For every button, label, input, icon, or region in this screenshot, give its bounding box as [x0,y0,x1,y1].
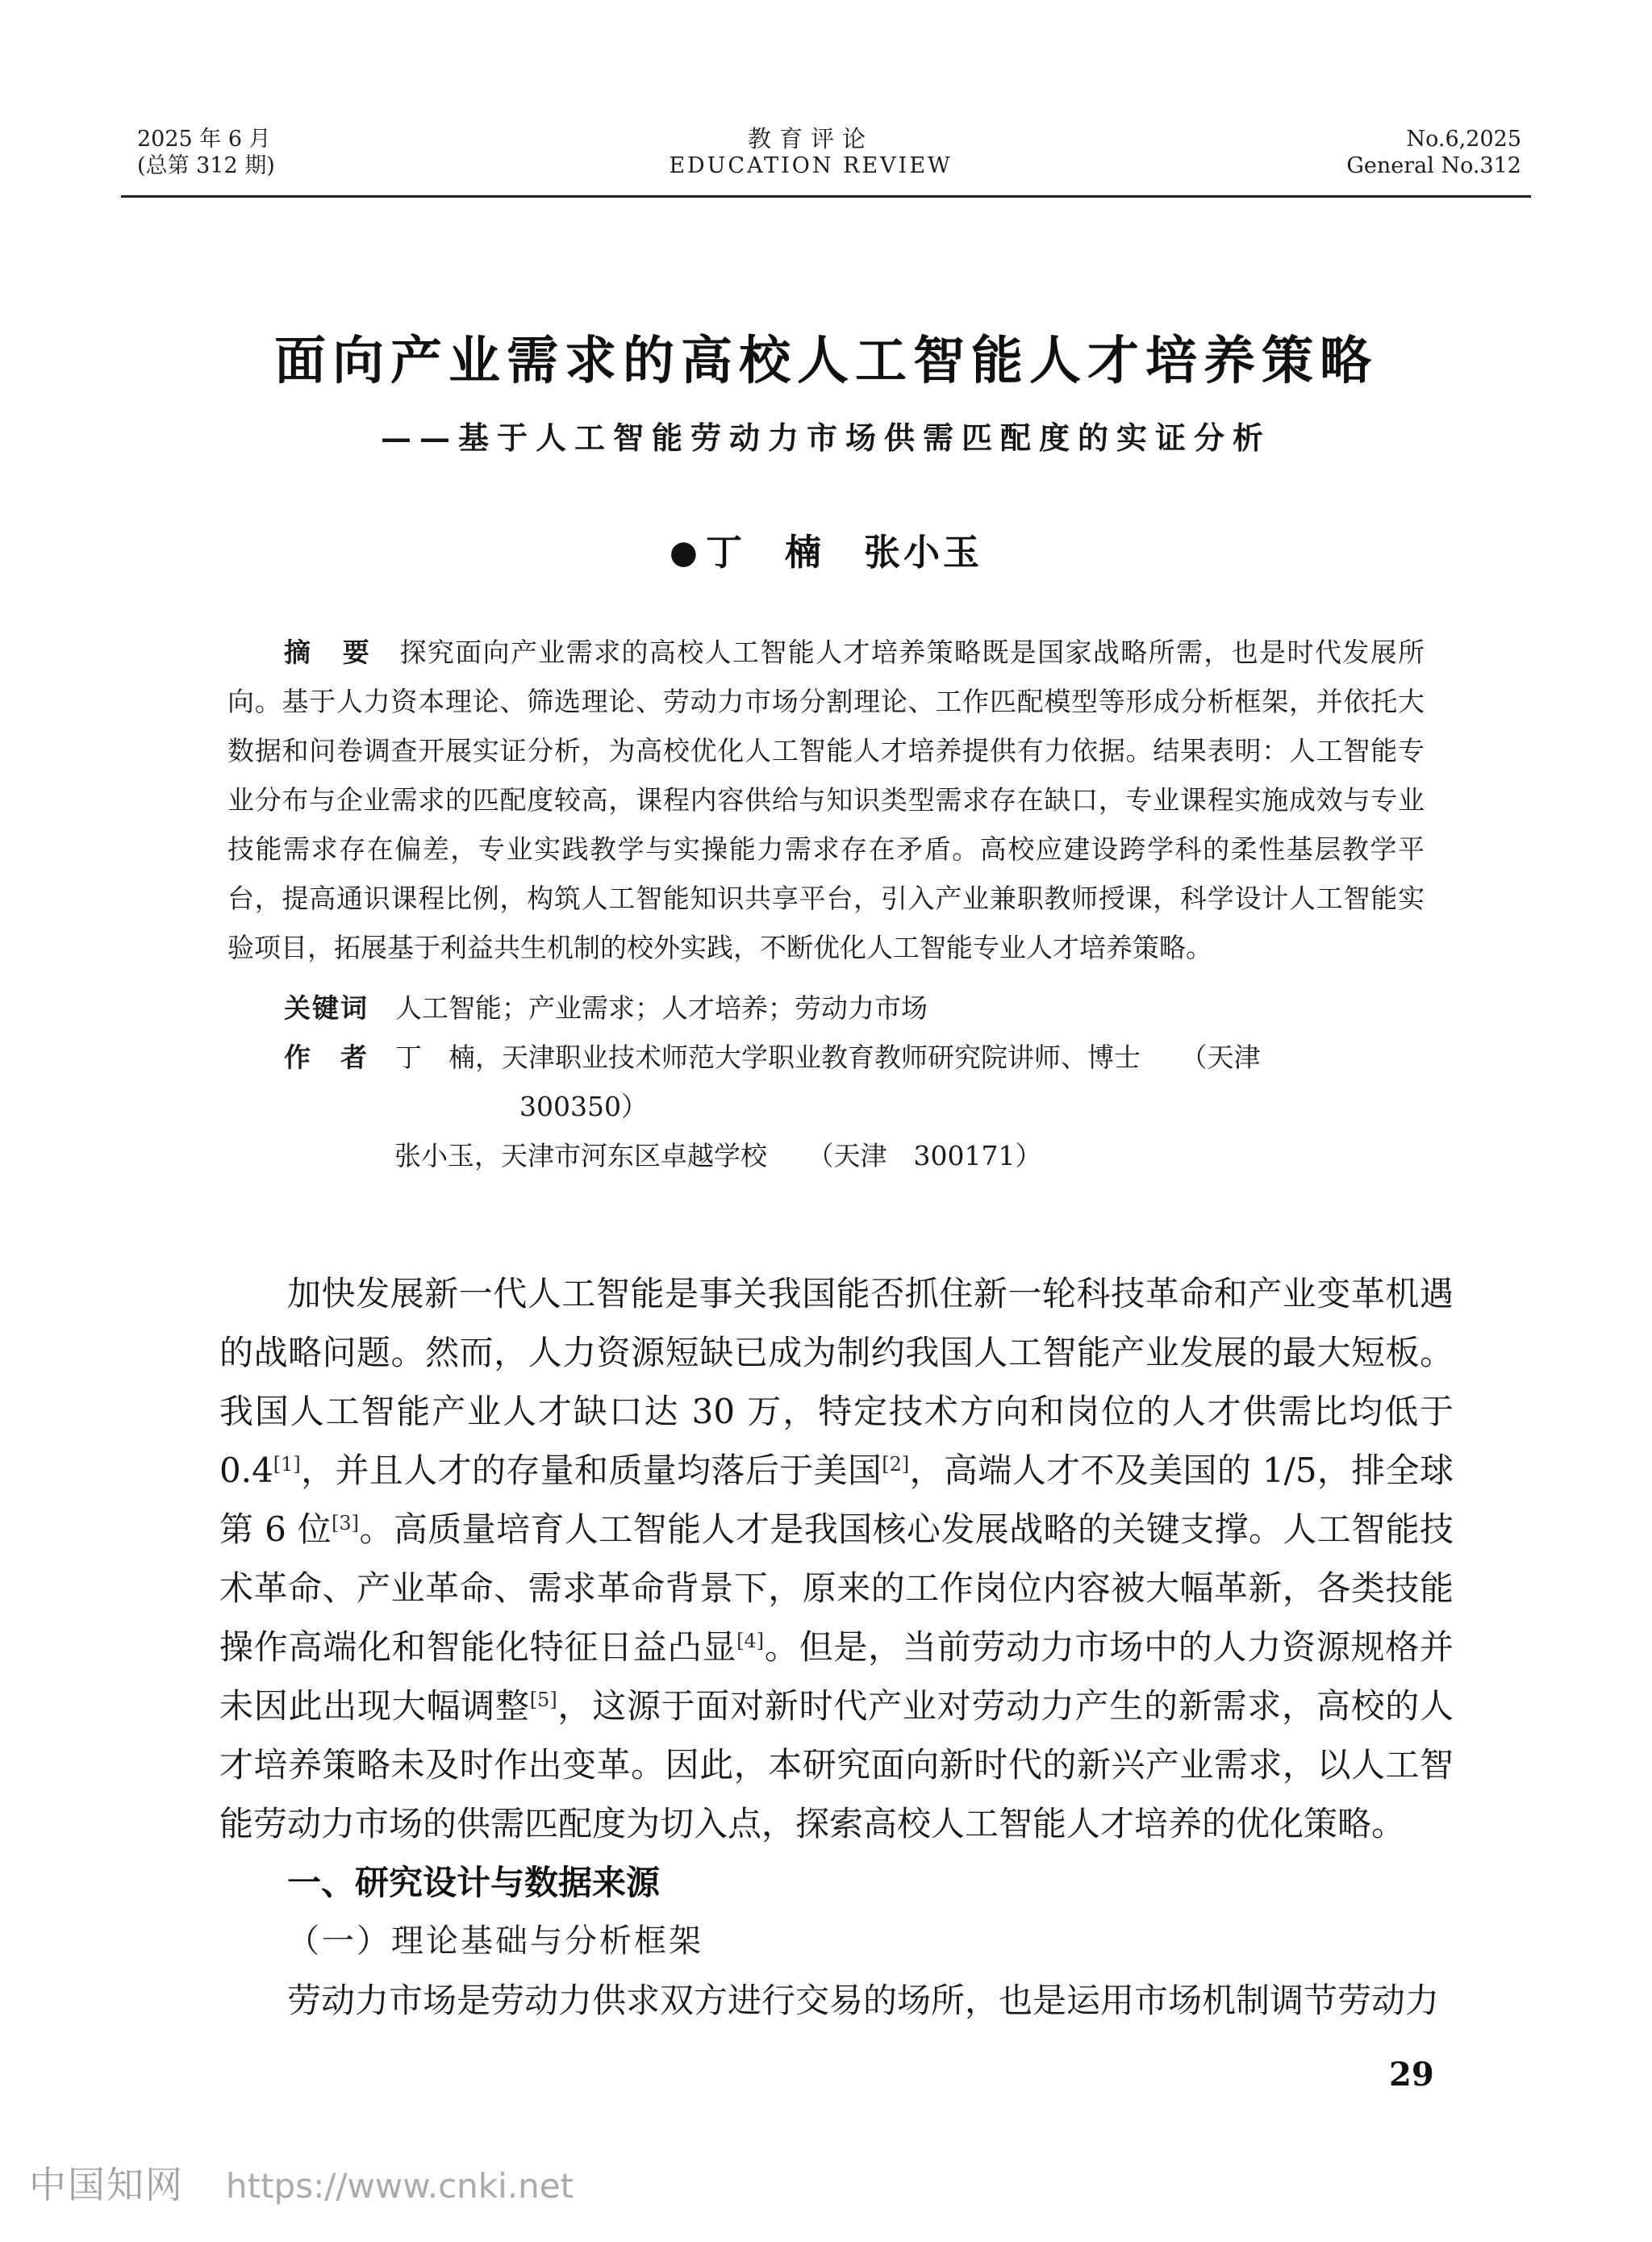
header-divider-rule [121,195,1531,198]
abstract-paragraph: 摘 要 探究面向产业需求的高校人工智能人才培养策略既是国家战略所需，也是时代发展… [227,628,1425,972]
reference-marker: [1] [273,1453,301,1476]
reference-marker: [5] [530,1689,557,1711]
author-line: ●丁 楠 张小玉 [0,523,1652,575]
journal-header: 2025 年 6 月 (总第 312 期) 教育评论 EDUCATION REV… [137,126,1521,179]
journal-name-en: EDUCATION REVIEW [669,152,952,179]
cnki-logo-text: 中国知网 [29,2163,184,2207]
author-info-label: 作 者 [284,1042,369,1073]
body-text-segment: ，并且人才的存量和质量均落后于美国 [301,1451,882,1490]
header-journal-name: 教育评论 EDUCATION REVIEW [669,126,952,179]
header-general-no: General No.312 [1346,152,1521,179]
frontmatter-block: 摘 要 探究面向产业需求的高校人工智能人才培养策略既是国家战略所需，也是时代发展… [227,628,1425,1180]
article-subtitle: ——基于人工智能劳动力市场供需匹配度的实证分析 [0,413,1652,457]
reference-marker: [4] [736,1630,764,1652]
author-info-line2: 300350） [227,1082,1425,1131]
author-names: 丁 楠 张小玉 [706,531,982,574]
keywords-line: 关键词 人工智能；产业需求；人才培养；劳动力市场 [227,983,1425,1033]
page-number: 29 [1389,2056,1434,2094]
cnki-url-text: https://www.cnki.net [226,2166,574,2206]
reference-marker: [3] [332,1512,359,1534]
header-issue-info: 2025 年 6 月 (总第 312 期) [137,126,275,179]
author-bullet-icon: ● [670,534,701,571]
author-info-line1: 作 者 丁 楠，天津职业技术师范大学职业教育教师研究院讲师、博士 （天津 [227,1033,1425,1082]
reference-marker: [2] [882,1453,909,1476]
header-volume-info: No.6,2025 General No.312 [1346,126,1521,179]
keywords-text: 人工智能；产业需求；人才培养；劳动力市场 [369,992,928,1024]
article-body: 加快发展新一代人工智能是事关我国能否抓住新一轮科技革命和产业变革机遇的战略问题。… [219,1264,1454,2030]
header-no: No.6,2025 [1346,126,1521,152]
journal-name-cn: 教育评论 [669,126,952,152]
author-info-line3: 张小玉，天津市河东区卓越学校 （天津 300171） [227,1131,1425,1180]
journal-page: 2025 年 6 月 (总第 312 期) 教育评论 EDUCATION REV… [0,0,1652,2242]
body-paragraph-2: 劳动力市场是劳动力供求双方进行交易的场所，也是运用市场机制调节劳动力 [219,1971,1454,2030]
header-issue-number: (总第 312 期) [137,152,275,179]
abstract-label: 摘 要 [284,637,372,668]
section-subheading-1-1: （一）理论基础与分析框架 [219,1912,1454,1971]
section-heading-1: 一、研究设计与数据来源 [219,1853,1454,1912]
abstract-text: 探究面向产业需求的高校人工智能人才培养策略既是国家战略所需，也是时代发展所向。基… [227,637,1425,963]
body-paragraph-1: 加快发展新一代人工智能是事关我国能否抓住新一轮科技革命和产业变革机遇的战略问题。… [219,1264,1454,1853]
cnki-watermark: 中国知网https://www.cnki.net [29,2156,574,2209]
header-issue-date: 2025 年 6 月 [137,126,275,152]
keywords-label: 关键词 [284,992,369,1024]
article-title: 面向产业需求的高校人工智能人才培养策略 [0,319,1652,394]
author-info-text1: 丁 楠，天津职业技术师范大学职业教育教师研究院讲师、博士 （天津 [369,1042,1261,1073]
